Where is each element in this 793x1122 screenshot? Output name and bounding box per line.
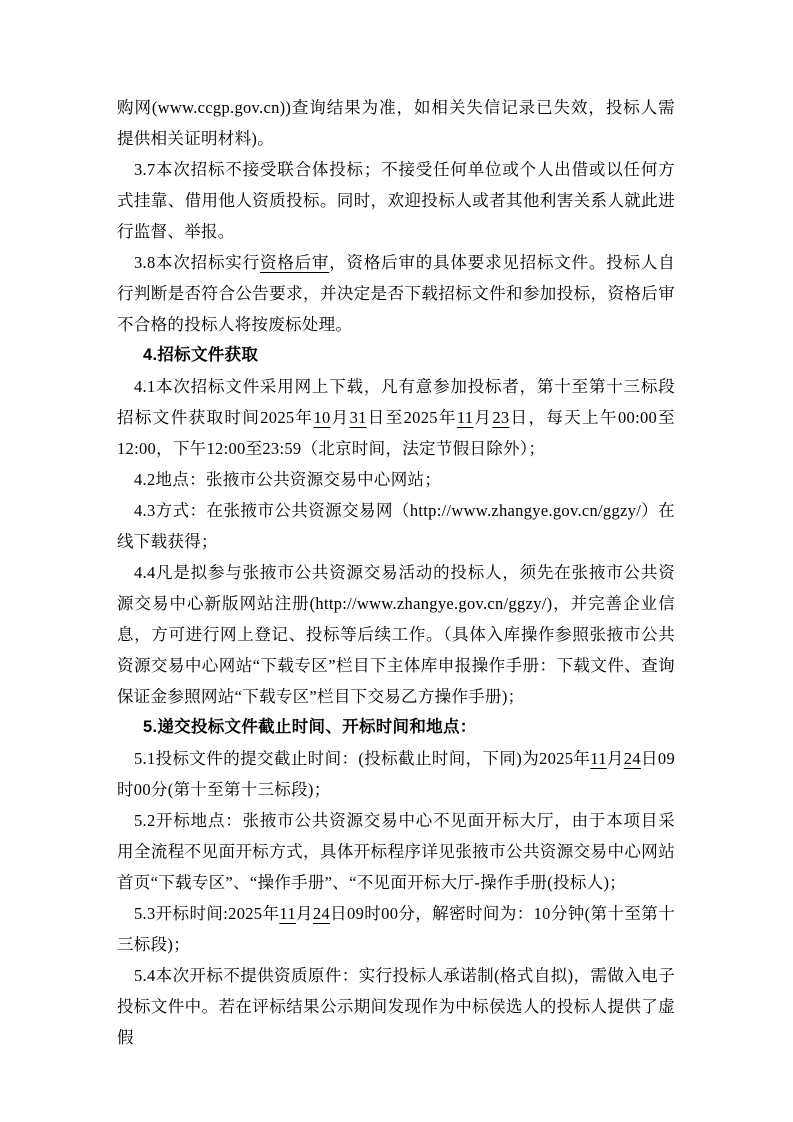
underlined-text: 10: [313, 408, 330, 427]
paragraph: 5.1投标文件的提交截止时间：(投标截止时间，下同)为2025年11月24日09…: [117, 743, 675, 805]
underlined-text: 11: [590, 749, 607, 768]
text-run: 月: [607, 749, 624, 768]
paragraph: 4.2地点：张掖市公共资源交易中心网站；: [117, 464, 675, 495]
underlined-text: 11: [457, 408, 474, 427]
text-run: 5.2开标地点：张掖市公共资源交易中心不见面开标大厅，由于本项目采用全流程不见面…: [117, 811, 675, 892]
text-run: 月: [331, 408, 350, 427]
text-run: 5.递交投标文件截止时间、开标时间和地点：: [143, 718, 477, 736]
text-run: 日至2025年: [367, 408, 457, 427]
paragraph: 4.1本次招标文件采用网上下载，凡有意参加投标者，第十至第十三标段招标文件获取时…: [117, 371, 675, 464]
section-heading: 5.递交投标文件截止时间、开标时间和地点：: [117, 712, 675, 743]
text-run: 4.2地点：张掖市公共资源交易中心网站；: [134, 470, 441, 489]
underlined-text: 31: [350, 408, 367, 427]
text-run: 购网(www.ccgp.gov.cn))查询结果为准，如相关失信记录已失效，投标…: [117, 98, 675, 148]
text-run: 5.3开标时间:2025年: [134, 904, 279, 923]
paragraph: 3.7本次招标不接受联合体投标；不接受任何单位或个人出借或以任何方式挂靠、借用他…: [117, 154, 675, 247]
text-run: 4.招标文件获取: [143, 346, 258, 364]
paragraph: 购网(www.ccgp.gov.cn))查询结果为准，如相关失信记录已失效，投标…: [117, 92, 675, 154]
text-run: 4.3方式：在张掖市公共资源交易网（http://www.zhangye.gov…: [117, 501, 675, 551]
text-run: 月: [473, 408, 492, 427]
paragraph: 4.4凡是拟参与张掖市公共资源交易活动的投标人，须先在张掖市公共资源交易中心新版…: [117, 557, 675, 712]
document-page: 购网(www.ccgp.gov.cn))查询结果为准，如相关失信记录已失效，投标…: [0, 0, 793, 1122]
underlined-text: 24: [624, 749, 641, 768]
underlined-text: 11: [279, 904, 296, 923]
text-run: 4.4凡是拟参与张掖市公共资源交易活动的投标人，须先在张掖市公共资源交易中心新版…: [117, 563, 675, 706]
document-body: 购网(www.ccgp.gov.cn))查询结果为准，如相关失信记录已失效，投标…: [117, 92, 675, 1053]
underlined-text: 24: [313, 904, 330, 923]
paragraph: 5.3开标时间:2025年11月24日09时00分，解密时间为：10分钟(第十至…: [117, 898, 675, 960]
paragraph: 4.3方式：在张掖市公共资源交易网（http://www.zhangye.gov…: [117, 495, 675, 557]
paragraph: 3.8本次招标实行资格后审，资格后审的具体要求见招标文件。投标人自行判断是否符合…: [117, 247, 675, 340]
text-run: 5.1投标文件的提交截止时间：(投标截止时间，下同)为2025年: [134, 749, 590, 768]
paragraph: 5.4本次开标不提供资质原件：实行投标人承诺制(格式自拟)，需做入电子投标文件中…: [117, 960, 675, 1053]
text-run: 3.8本次招标实行: [134, 253, 260, 272]
text-run: 5.4本次开标不提供资质原件：实行投标人承诺制(格式自拟)，需做入电子投标文件中…: [117, 966, 675, 1047]
underlined-text: 资格后审: [260, 253, 329, 272]
text-run: 3.7本次招标不接受联合体投标；不接受任何单位或个人出借或以任何方式挂靠、借用他…: [117, 160, 675, 241]
underlined-text: 23: [492, 408, 509, 427]
paragraph: 5.2开标地点：张掖市公共资源交易中心不见面开标大厅，由于本项目采用全流程不见面…: [117, 805, 675, 898]
section-heading: 4.招标文件获取: [117, 340, 675, 371]
text-run: 月: [296, 904, 313, 923]
